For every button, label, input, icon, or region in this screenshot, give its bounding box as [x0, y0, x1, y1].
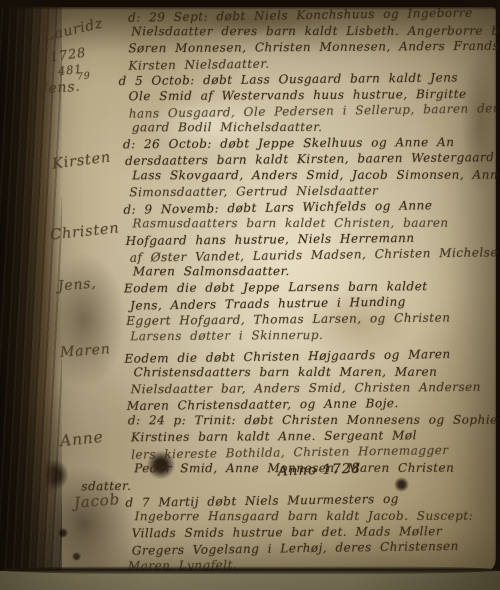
desk-surface: [0, 571, 500, 590]
photo-edge-right: [494, 0, 500, 590]
text-line: Maren Salmonsdaatter.: [133, 263, 499, 280]
text-line: Nielsdaatter deres barn kaldt Lisbeth. A…: [131, 23, 497, 40]
margin-name-jens: Jens.: [41, 79, 81, 98]
text-line: gaard Bodil Michelsdaatter.: [132, 119, 498, 136]
photo-edge-top: [0, 0, 500, 10]
text-line: d: 24 p: Trinit: døbt Christen Monnesens…: [134, 412, 500, 429]
manuscript-photo: Lauridz 1728 481 79 Jens. Kirsten Christ…: [0, 0, 500, 590]
text-line: Ingeborre Hansgaard barn kaldt Jacob. Su…: [135, 508, 500, 525]
anno-1728-note: Anno 1728: [278, 461, 361, 480]
margin-name-jens-2: Jens,: [57, 275, 97, 294]
text-line: Christensdaatters barn kaldt Maren, Mare…: [134, 364, 500, 381]
text-line: Lass Skovgaard, Anders Smid, Jacob Simon…: [132, 167, 498, 184]
entry-text-column: d: 29 Sept: døbt Niels Konchshuus og Ing…: [128, 6, 498, 574]
text-line: Larsens døtter i Skinnerup.: [130, 326, 496, 345]
